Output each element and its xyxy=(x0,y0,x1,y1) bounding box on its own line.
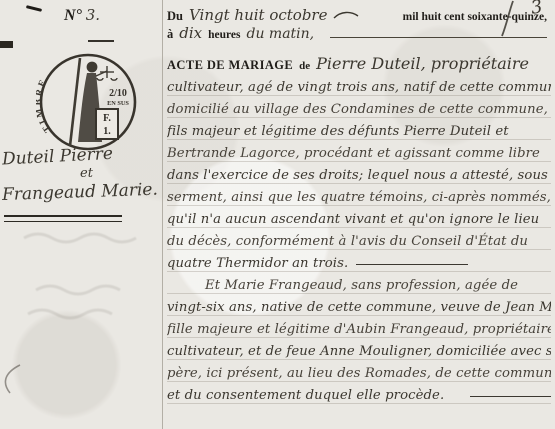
stamp-ring-label: TIMBRE xyxy=(36,76,53,133)
act-text: serment, ainsi que les quatre témoins, c… xyxy=(167,190,551,205)
stamp-surcharge-value: 2/10 xyxy=(109,88,127,99)
act-text: fille majeure et légitime d'Aubin Frange… xyxy=(167,322,551,337)
act-text: fils majeur et légitime des défunts Pier… xyxy=(167,124,509,139)
scan-edge-artifact xyxy=(0,41,13,48)
ink-bleedthrough xyxy=(18,224,150,334)
du-label: Du xyxy=(167,9,183,24)
at-label: à xyxy=(167,27,173,42)
act-text: du décès, conformément à l'avis du Conse… xyxy=(167,234,528,249)
act-text: Et Marie Frangeaud, sans profession, agé… xyxy=(205,278,518,293)
date-line: Du Vingt huit octobre mil huit cent soix… xyxy=(167,6,551,24)
act-text: domicilié au village des Condamines de c… xyxy=(167,102,548,117)
filler-rule xyxy=(470,394,551,397)
act-text: vingt-six ans, native de cette commune, … xyxy=(167,300,551,315)
margin-bride-name: Frangeaud Marie. xyxy=(2,181,176,204)
act-text: cultivateur, agé de vingt trois ans, nat… xyxy=(167,80,551,95)
act-opening-handwritten: Pierre Duteil, propriétaire xyxy=(316,54,529,73)
hours-label: heures xyxy=(208,29,240,41)
hour-line: à dix heures du matin, xyxy=(167,24,551,42)
stamp-value-bottom: 1. xyxy=(103,126,111,137)
act-text-line: vingt-six ans, native de cette commune, … xyxy=(167,296,551,318)
revenue-stamp: TIMBRE 2/10 EN SUS F. 1. xyxy=(36,50,140,154)
act-text: Bertrande Lagorce, procédant et agissant… xyxy=(167,146,540,161)
act-text-line: Bertrande Lagorce, procédant et agissant… xyxy=(167,142,551,164)
act-body-column: Du Vingt huit octobre mil huit cent soix… xyxy=(167,6,551,406)
act-text-line: quatre Thermidor an trois. xyxy=(167,252,551,274)
act-number-underline xyxy=(88,40,114,42)
act-text-block: cultivateur, agé de vingt trois ans, nat… xyxy=(167,76,551,406)
margin-party-names: Duteil Pierre et Frangeaud Marie. xyxy=(2,147,176,201)
ink-slash-artifact xyxy=(26,5,42,12)
act-text-line: du décès, conformément à l'avis du Conse… xyxy=(167,230,551,252)
margin-separator-rule xyxy=(162,0,163,429)
date-handwritten: Vingt huit octobre xyxy=(189,6,327,24)
margin-conjunction: et xyxy=(80,167,176,180)
act-text-line: fille majeure et légitime d'Aubin Frange… xyxy=(167,318,551,340)
act-text-line: serment, ainsi que les quatre témoins, c… xyxy=(167,186,551,208)
filler-rule xyxy=(356,262,468,265)
act-text-line: et du consentement duquel elle procède. xyxy=(167,384,551,406)
act-text: père, ici présent, au lieu des Romades, … xyxy=(167,366,551,381)
form-fill-rule xyxy=(330,37,547,38)
act-text-line: père, ici présent, au lieu des Romades, … xyxy=(167,362,551,384)
margin-groom-name: Duteil Pierre xyxy=(2,142,177,168)
act-text-line: Et Marie Frangeaud, sans profession, agé… xyxy=(167,274,551,296)
act-number-value: 3. xyxy=(86,6,100,24)
act-title: ACTE DE MARIAGE xyxy=(167,58,293,73)
act-number: N° 3. xyxy=(64,6,100,25)
year-printed: mil huit cent soixante-quinze, xyxy=(403,11,551,23)
act-text: quatre Thermidor an trois. xyxy=(167,256,348,271)
act-text-line: cultivateur, et de feue Anne Mouligner, … xyxy=(167,340,551,362)
act-text-line: fils majeur et légitime des défunts Pier… xyxy=(167,120,551,142)
stamp-surcharge-label: EN SUS xyxy=(107,100,129,107)
hour-handwritten: dix xyxy=(179,24,202,42)
act-text-line: domicilié au village des Condamines de c… xyxy=(167,98,551,120)
time-handwritten: du matin, xyxy=(246,26,314,42)
pen-stroke-artifact xyxy=(0,363,24,395)
act-text-line: cultivateur, agé de vingt trois ans, nat… xyxy=(167,76,551,98)
pen-flourish-icon xyxy=(333,10,359,20)
act-text-line: qu'il n'a aucun ascendant vivant et qu'o… xyxy=(167,208,551,230)
act-number-label: N° xyxy=(64,7,82,24)
act-text: dans l'exercice de ses droits; lequel no… xyxy=(167,168,548,183)
scanned-register-page: N° 3. TIMBRE 2/10 EN SUS F. 1. xyxy=(0,0,555,429)
act-text: cultivateur, et de feue Anne Mouligner, … xyxy=(167,344,551,359)
act-de-label: de xyxy=(299,60,310,72)
act-text-line: dans l'exercice de ses droits; lequel no… xyxy=(167,164,551,186)
staff-icon xyxy=(70,58,80,146)
act-text: et du consentement duquel elle procède. xyxy=(167,388,444,403)
stamp-value-tablet: F. 1. xyxy=(96,109,118,139)
stamp-value-top: F. xyxy=(103,113,111,124)
act-heading-line: ACTE DE MARIAGE de Pierre Duteil, propri… xyxy=(167,54,551,73)
margin-closing-rule xyxy=(4,215,122,222)
act-text: qu'il n'a aucun ascendant vivant et qu'o… xyxy=(167,212,539,227)
scales-icon xyxy=(96,66,117,80)
